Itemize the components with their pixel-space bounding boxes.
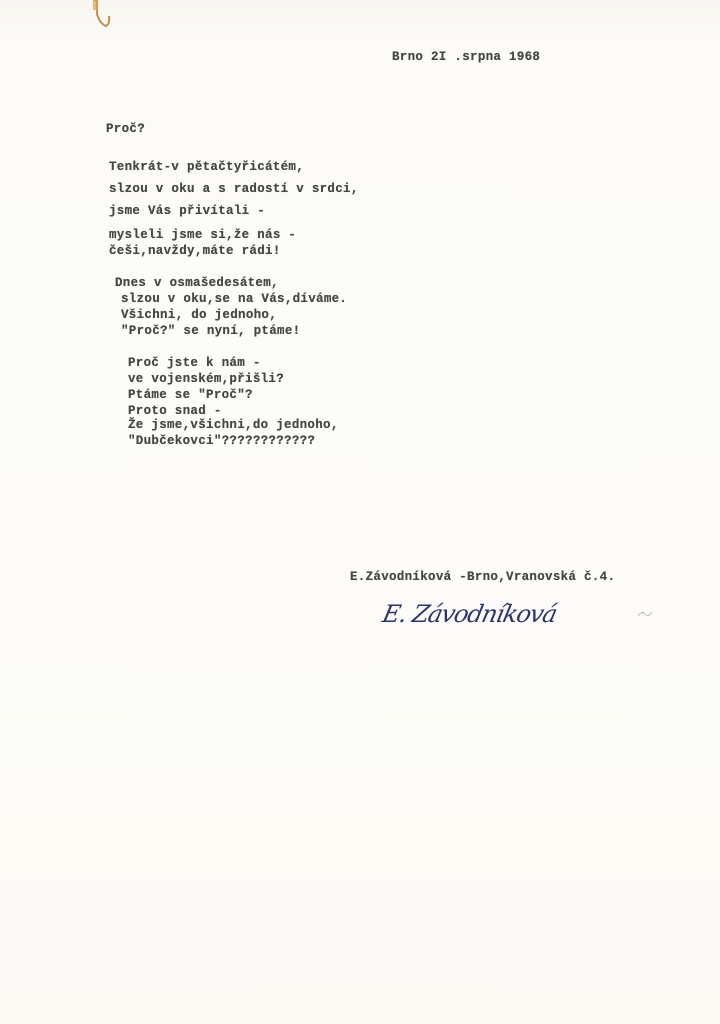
poem-line: Dnes v osmašedesátem, [115,276,279,290]
poem-line: Všichni, do jednoho, [121,308,277,322]
pencil-mark-icon [636,600,656,620]
poem-line: jsme Vás přivítali - [109,204,265,218]
poem-line: mysleli jsme si,že nás - [109,228,296,242]
poem-title: Proč? [106,122,145,136]
poem-line: Že jsme,všichni,do jednoho, [128,418,339,432]
poem-line: češi,navždy,máte rádi! [109,244,281,258]
poem-line: "Proč?" se nyní, ptáme! [121,324,300,338]
letter-date: Brno 2I .srpna 1968 [392,50,540,64]
poem-line: Tenkrát-v pětačtyřicátém, [109,160,304,174]
poem-line: slzou v oku a s radostí v srdci, [109,182,359,196]
poem-line: Proto snad - [128,404,222,418]
letter-page: Brno 2I .srpna 1968 Proč? Tenkrát-v pěta… [0,0,720,1024]
handwritten-signature: E. Závodníková [380,600,559,628]
poem-line: ve vojenském,přišli? [128,372,284,386]
stanza-2: Dnes v osmašedesátem, slzou v oku,se na … [115,276,146,360]
poem-line: slzou v oku,se na Vás,díváme. [121,292,347,306]
poem-line: Proč jste k nám - [128,356,261,370]
sender-address: E.Závodníková -Brno,Vranovská č.4. [350,570,615,584]
poem-line: "Dubčekovci"???????????? [128,434,315,448]
staple-rust-mark-icon [88,0,114,40]
stanza-1: Tenkrát-v pětačtyřicátém, slzou v oku a … [109,160,140,258]
stanza-3: Proč jste k nám - ve vojenském,přišli? P… [128,356,159,468]
poem-line: Ptáme se "Proč"? [128,388,253,402]
